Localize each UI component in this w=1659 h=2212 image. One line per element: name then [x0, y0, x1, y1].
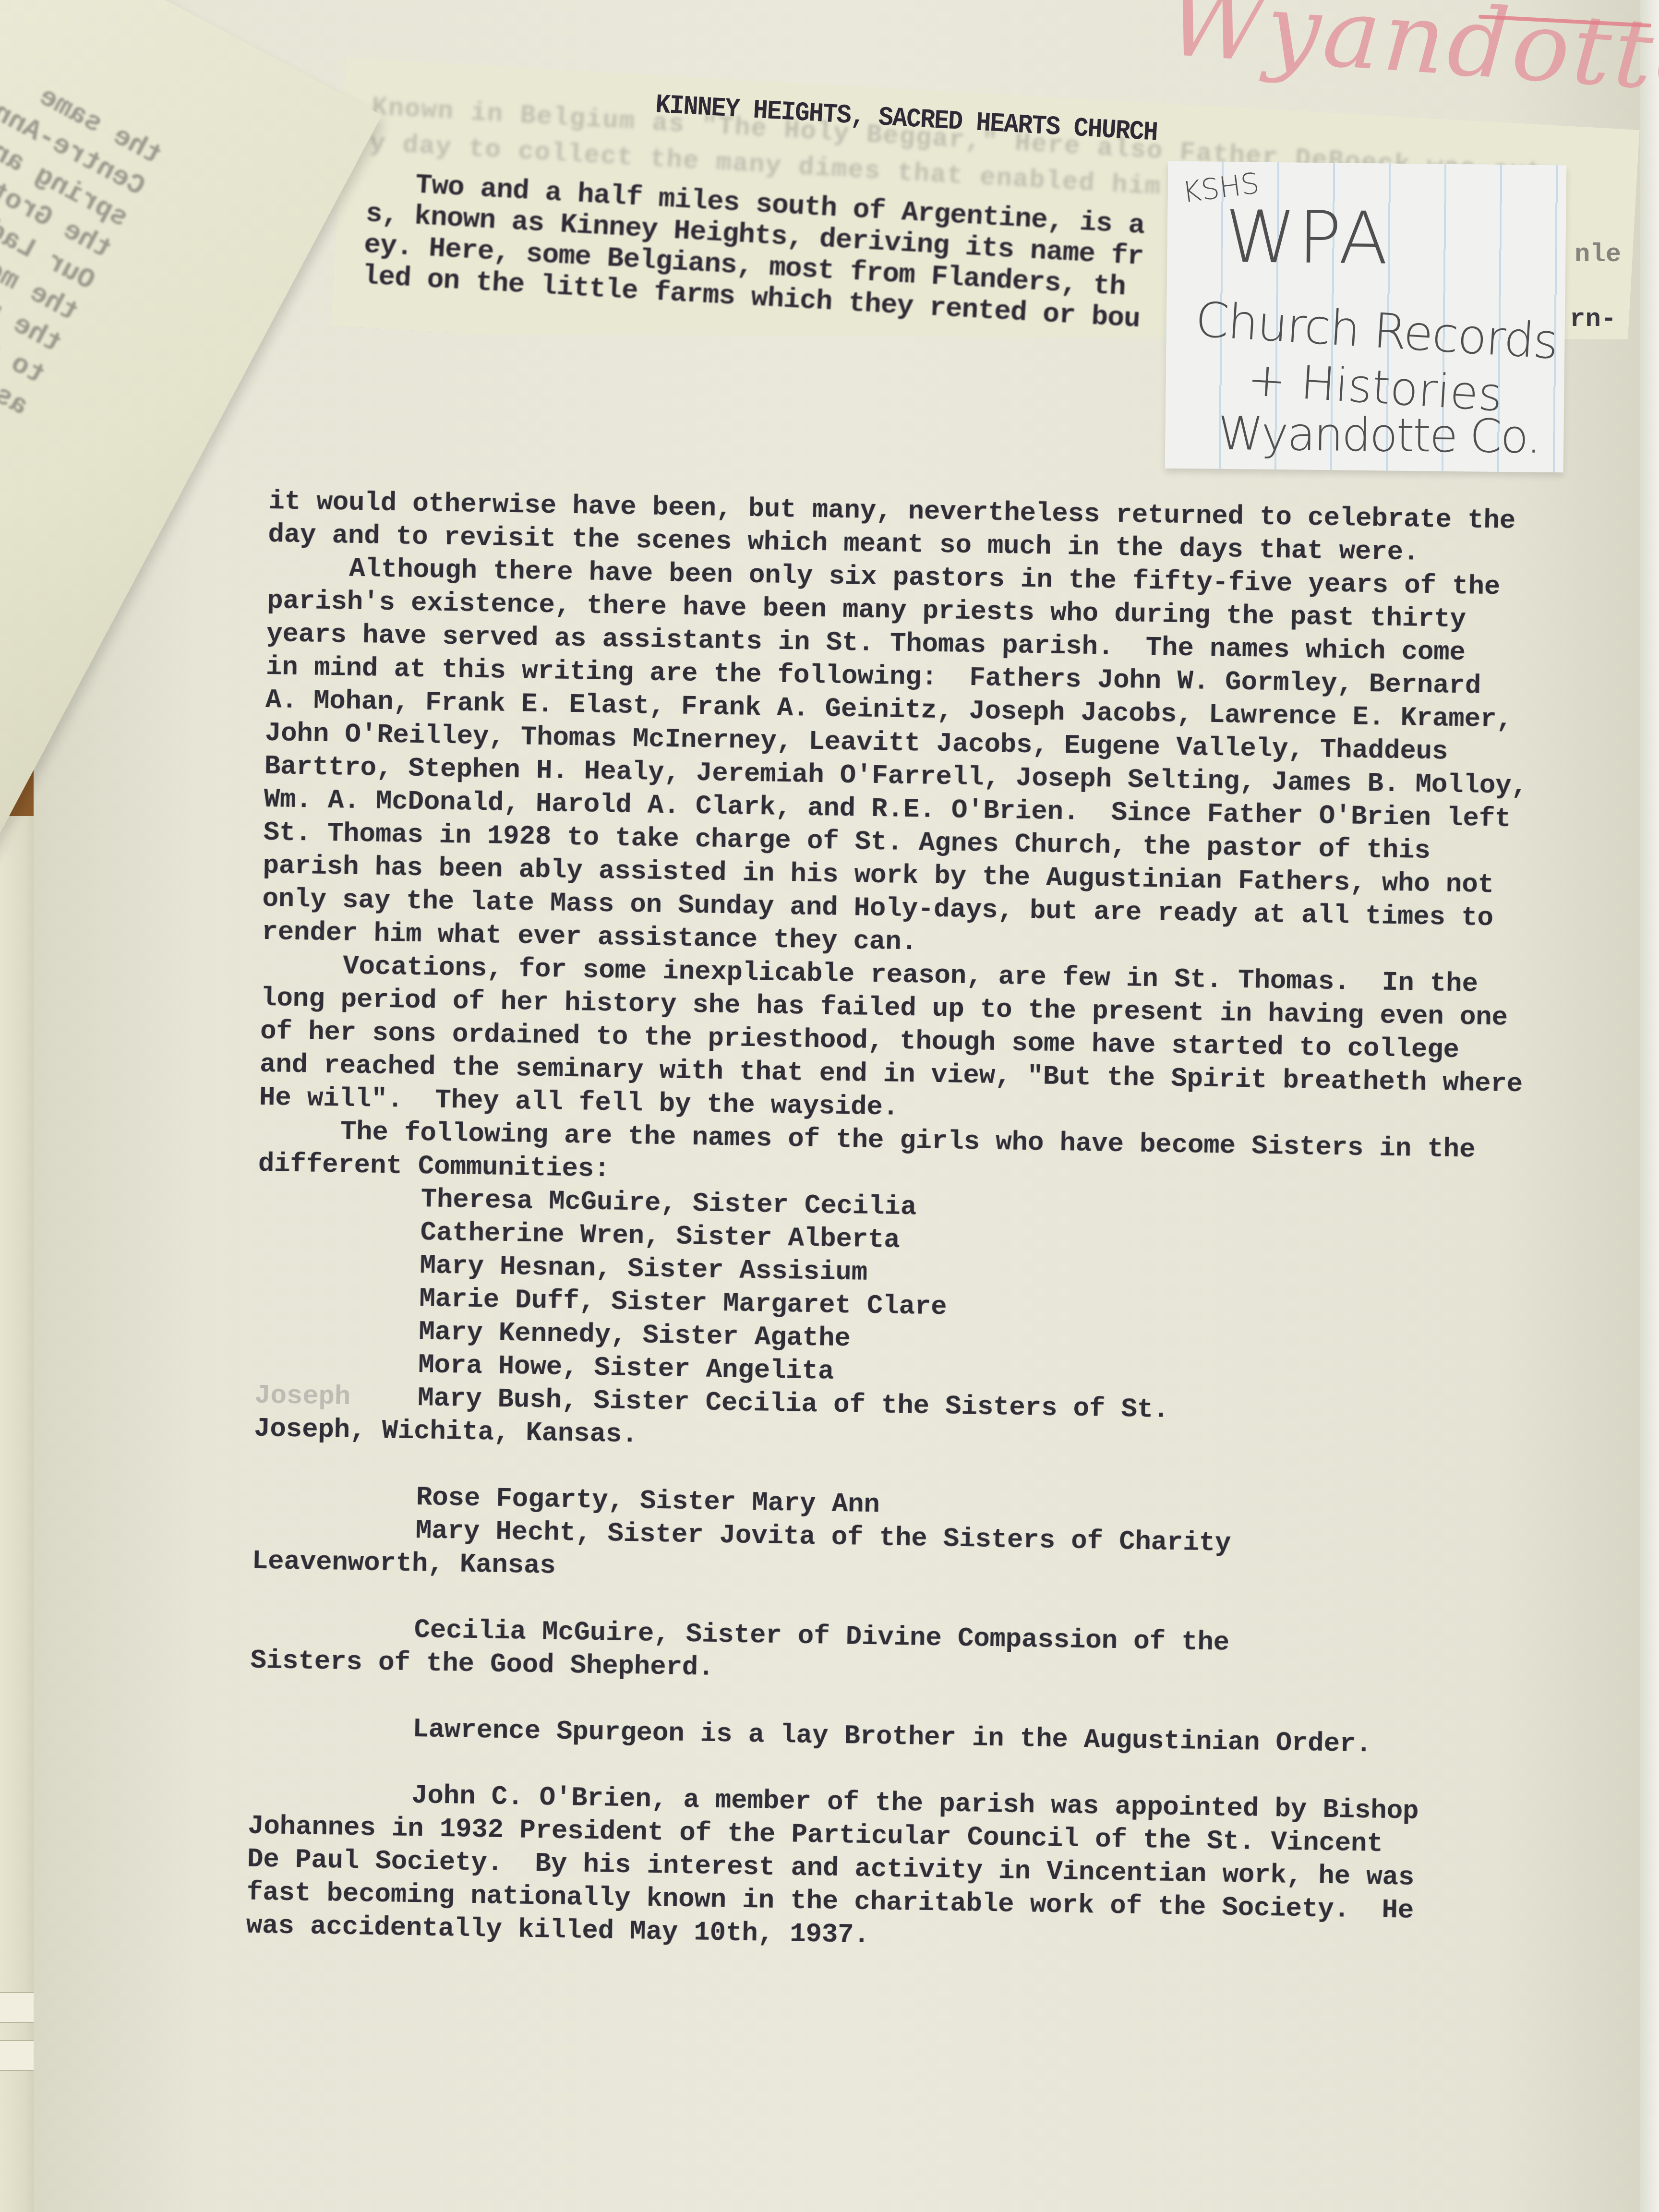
faint-bleed-word: Joseph [254, 1379, 351, 1414]
page-tab [0, 2040, 35, 2071]
page-tab [0, 1992, 35, 2023]
clipping-stub: nle [1575, 240, 1621, 269]
clipping-stub: rn- [1570, 305, 1616, 334]
mirrored-bleed-text: the same Centre-Anne spring and its the … [0, 25, 167, 425]
sticky-note-line: Wyandotte Co. [1218, 407, 1540, 464]
sticky-note: KSHS WPA Church Records + Histories Wyan… [1165, 161, 1567, 473]
sticky-note-line: WPA [1225, 195, 1391, 281]
document-body: it would otherwise have been, but many, … [246, 485, 1574, 1962]
page-right-edge [1640, 0, 1659, 2212]
